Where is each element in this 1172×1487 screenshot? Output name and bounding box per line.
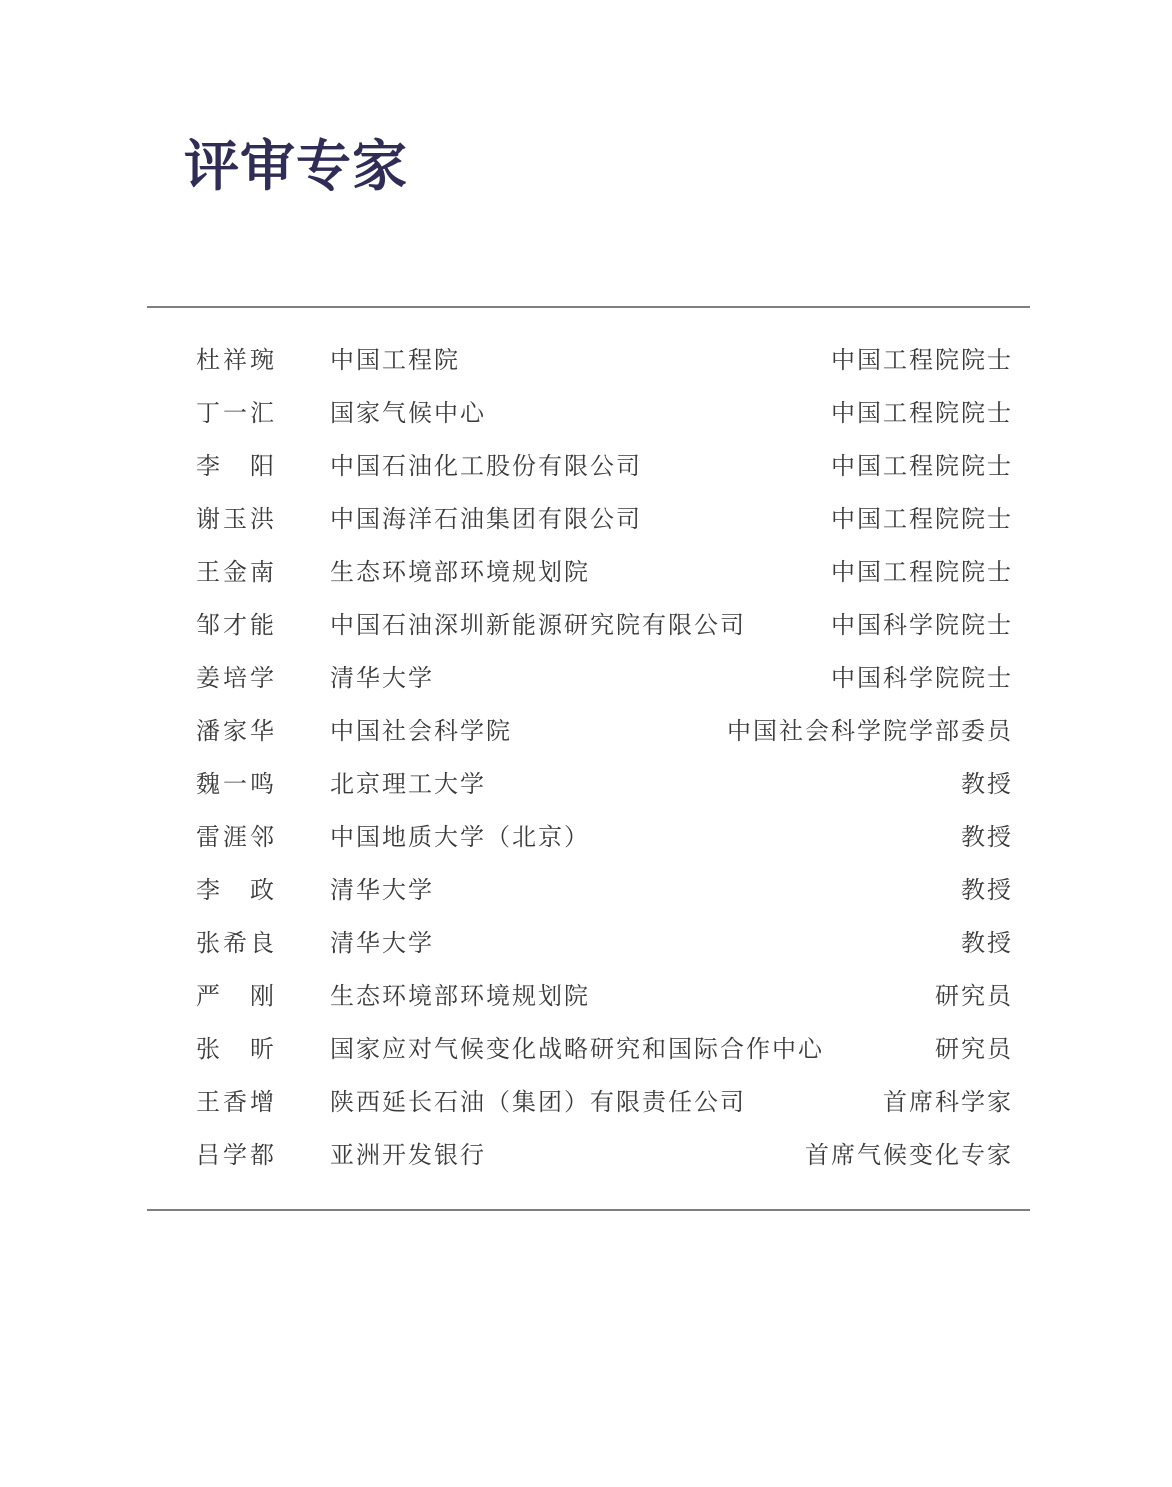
expert-name: 丁一汇 — [196, 393, 330, 428]
expert-name: 王香增 — [196, 1082, 330, 1117]
expert-title: 中国工程院院士 — [831, 446, 1013, 481]
expert-title: 中国社会科学院学部委员 — [727, 711, 1013, 746]
expert-institution: 国家气候中心 — [330, 393, 831, 428]
expert-row: 姜培学 清华大学 中国科学院院士 — [196, 649, 1013, 702]
expert-title: 教授 — [961, 764, 1013, 799]
expert-row: 李 阳 中国石油化工股份有限公司 中国工程院院士 — [196, 437, 1013, 490]
expert-row: 潘家华 中国社会科学院 中国社会科学院学部委员 — [196, 702, 1013, 755]
expert-title: 中国工程院院士 — [831, 499, 1013, 534]
expert-name: 吕学都 — [196, 1135, 330, 1170]
expert-institution: 生态环境部环境规划院 — [330, 552, 831, 587]
expert-name: 邹才能 — [196, 605, 330, 640]
expert-title: 中国工程院院士 — [831, 340, 1013, 375]
expert-name: 张 昕 — [196, 1029, 330, 1064]
expert-title: 研究员 — [935, 976, 1013, 1011]
expert-institution: 清华大学 — [330, 870, 961, 905]
expert-row: 杜祥琬 中国工程院 中国工程院院士 — [196, 331, 1013, 384]
expert-title: 教授 — [961, 870, 1013, 905]
expert-institution: 中国地质大学（北京） — [330, 817, 961, 852]
expert-name: 李 政 — [196, 870, 330, 905]
expert-title: 中国科学院院士 — [831, 605, 1013, 640]
expert-title: 中国科学院院士 — [831, 658, 1013, 693]
top-divider — [147, 306, 1030, 308]
expert-title: 教授 — [961, 817, 1013, 852]
expert-institution: 中国社会科学院 — [330, 711, 727, 746]
expert-name: 姜培学 — [196, 658, 330, 693]
expert-institution: 中国工程院 — [330, 340, 831, 375]
expert-row: 张希良 清华大学 教授 — [196, 914, 1013, 967]
expert-name: 杜祥琬 — [196, 340, 330, 375]
expert-name: 雷涯邻 — [196, 817, 330, 852]
expert-institution: 中国石油化工股份有限公司 — [330, 446, 831, 481]
expert-institution: 清华大学 — [330, 658, 831, 693]
expert-name: 潘家华 — [196, 711, 330, 746]
expert-name: 严 刚 — [196, 976, 330, 1011]
experts-list: 杜祥琬 中国工程院 中国工程院院士 丁一汇 国家气候中心 中国工程院院士 李 阳… — [196, 331, 1013, 1179]
expert-institution: 陕西延长石油（集团）有限责任公司 — [330, 1082, 883, 1117]
expert-title: 中国工程院院士 — [831, 393, 1013, 428]
expert-name: 谢玉洪 — [196, 499, 330, 534]
expert-row: 谢玉洪 中国海洋石油集团有限公司 中国工程院院士 — [196, 490, 1013, 543]
expert-row: 王金南 生态环境部环境规划院 中国工程院院士 — [196, 543, 1013, 596]
expert-row: 李 政 清华大学 教授 — [196, 861, 1013, 914]
expert-title: 首席气候变化专家 — [805, 1135, 1013, 1170]
bottom-divider — [147, 1209, 1030, 1211]
page-title: 评审专家 — [184, 134, 408, 200]
expert-row: 吕学都 亚洲开发银行 首席气候变化专家 — [196, 1126, 1013, 1179]
expert-row: 严 刚 生态环境部环境规划院 研究员 — [196, 967, 1013, 1020]
expert-institution: 清华大学 — [330, 923, 961, 958]
expert-name: 张希良 — [196, 923, 330, 958]
expert-row: 邹才能 中国石油深圳新能源研究院有限公司 中国科学院院士 — [196, 596, 1013, 649]
expert-row: 王香增 陕西延长石油（集团）有限责任公司 首席科学家 — [196, 1073, 1013, 1126]
expert-name: 魏一鸣 — [196, 764, 330, 799]
expert-name: 李 阳 — [196, 446, 330, 481]
expert-row: 张 昕 国家应对气候变化战略研究和国际合作中心 研究员 — [196, 1020, 1013, 1073]
expert-row: 魏一鸣 北京理工大学 教授 — [196, 755, 1013, 808]
expert-institution: 中国海洋石油集团有限公司 — [330, 499, 831, 534]
expert-title: 教授 — [961, 923, 1013, 958]
expert-title: 首席科学家 — [883, 1082, 1013, 1117]
expert-row: 雷涯邻 中国地质大学（北京） 教授 — [196, 808, 1013, 861]
expert-institution: 生态环境部环境规划院 — [330, 976, 935, 1011]
expert-institution: 北京理工大学 — [330, 764, 961, 799]
expert-row: 丁一汇 国家气候中心 中国工程院院士 — [196, 384, 1013, 437]
expert-title: 研究员 — [935, 1029, 1013, 1064]
expert-institution: 国家应对气候变化战略研究和国际合作中心 — [330, 1029, 935, 1064]
expert-name: 王金南 — [196, 552, 330, 587]
expert-institution: 亚洲开发银行 — [330, 1135, 805, 1170]
document-page: 评审专家 杜祥琬 中国工程院 中国工程院院士 丁一汇 国家气候中心 中国工程院院… — [0, 0, 1172, 1487]
expert-institution: 中国石油深圳新能源研究院有限公司 — [330, 605, 831, 640]
expert-title: 中国工程院院士 — [831, 552, 1013, 587]
